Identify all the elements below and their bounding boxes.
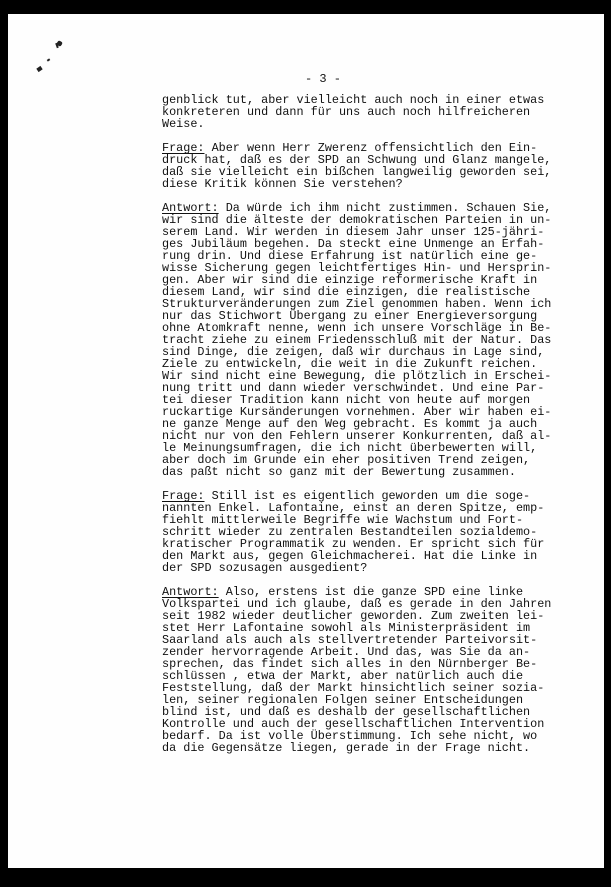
scan-speck bbox=[47, 58, 51, 61]
text-line: diese Kritik können Sie verstehen? bbox=[162, 178, 551, 190]
document-body: genblick tut, aber vielleicht auch noch … bbox=[162, 94, 551, 766]
text-line: konkreteren und dann für uns auch noch h… bbox=[162, 106, 551, 118]
question-paragraph: Frage: Aber wenn Herr Zwerenz offensicht… bbox=[162, 142, 551, 190]
answer-paragraph: Antwort: Also, erstens ist die ganze SPD… bbox=[162, 586, 551, 754]
question-paragraph: Frage: Still ist es eigentlich geworden … bbox=[162, 490, 551, 574]
page-number: - 3 - bbox=[8, 72, 604, 86]
paragraph-continuation: genblick tut, aber vielleicht auch noch … bbox=[162, 94, 551, 130]
answer-paragraph: Antwort: Da würde ich ihm nicht zustimme… bbox=[162, 202, 551, 478]
scanned-page: - 3 - genblick tut, aber vielleicht auch… bbox=[8, 14, 604, 868]
text-line: das paßt nicht so ganz mit der Bewertung… bbox=[162, 466, 551, 478]
text-line: der SPD sozusagen ausgedient? bbox=[162, 562, 551, 574]
text-line: Weise. bbox=[162, 118, 551, 130]
text-line: da die Gegensätze liegen, gerade in der … bbox=[162, 742, 551, 754]
